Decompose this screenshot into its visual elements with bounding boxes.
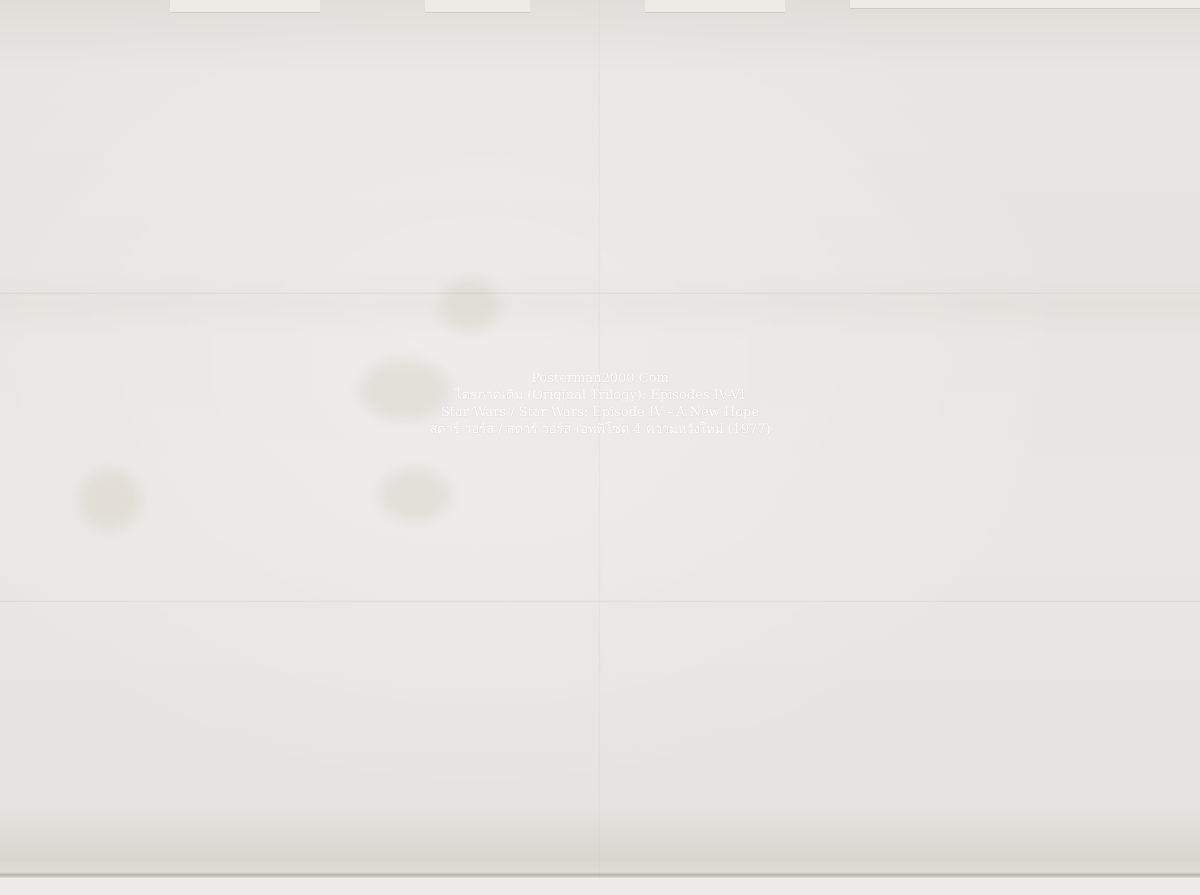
caption-site: Posterman2000.Com — [0, 370, 1200, 387]
caption-title-en: Star Wars / Star Wars: Episode IV - A Ne… — [0, 404, 1200, 421]
stain — [380, 470, 450, 520]
stain — [440, 280, 500, 330]
caption-title-th: สตาร์ วอร์ส / สตาร์ วอร์ส เอพพิโซด 4 ควา… — [0, 421, 1200, 438]
stain — [80, 470, 140, 530]
tape-strip — [170, 0, 320, 13]
tape-strip — [645, 0, 785, 13]
bottom-margin — [0, 878, 1200, 895]
caption-series: ไตรภาคเดิม (Original Trilogy): Episodes … — [0, 387, 1200, 404]
watermark-caption: Posterman2000.Com ไตรภาคเดิม (Original T… — [0, 370, 1200, 438]
tape-strip — [425, 0, 530, 13]
tape-strip — [850, 0, 1200, 9]
fold-line — [598, 0, 601, 895]
